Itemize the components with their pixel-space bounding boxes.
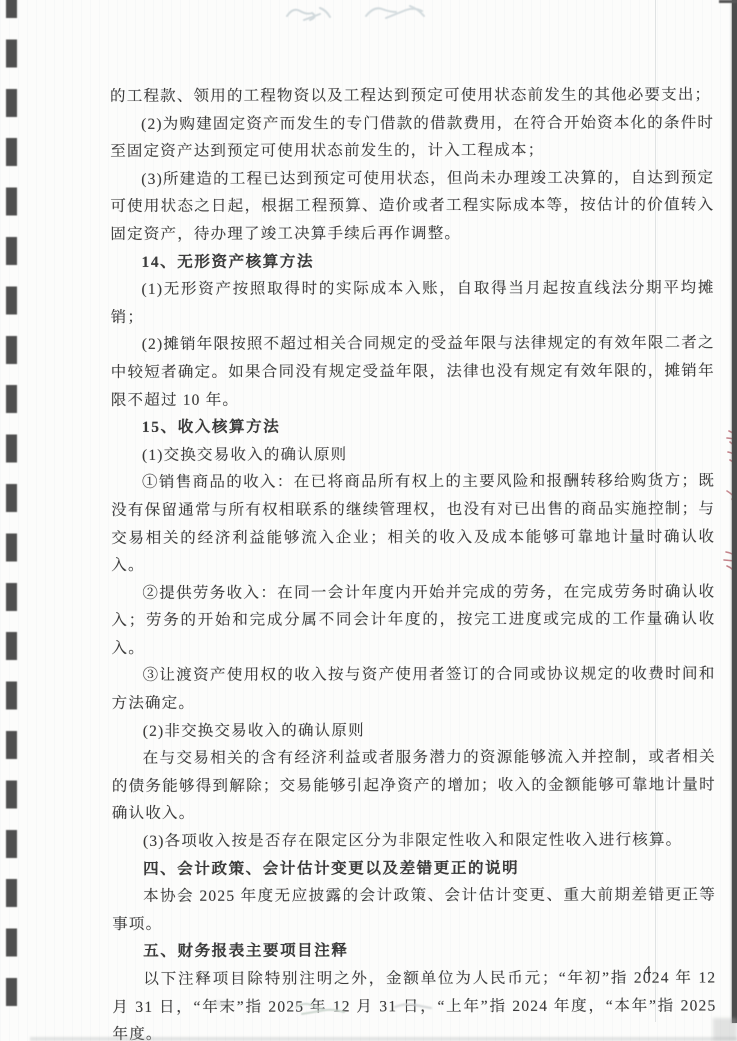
paragraph: (2)非交换交易收入的确认原则 (112, 716, 716, 745)
paragraph: ②提供劳务收入：在同一会计年度内开始并完成的劳务，在完成劳务时确认收入；劳务的开… (111, 578, 715, 662)
bleed-through-scribble-right (362, 0, 430, 24)
bottom-scan-shadow (30, 1037, 737, 1041)
paragraph: (1)交换交易收入的确认原则 (111, 440, 715, 469)
scan-corner-mark (719, 0, 737, 3)
paragraph: (3)各项收入按是否存在限定区分为非限定性收入和限定性收入进行核算。 (112, 826, 716, 855)
paragraph: 以下注释项目除特别注明之外，金额单位为人民币元；“年初”指 2024 年 12 … (112, 964, 716, 1041)
paragraph: ①销售商品的收入：在已将商品所有权上的主要风险和报酬转移给购货方；既没有保留通常… (111, 468, 715, 580)
scanned-document-page: 的工程款、领用的工程物资以及工程达到预定可使用状态前发生的其他必要支出； (2)… (0, 0, 737, 1041)
paragraph: (2)摊销年限按照不超过相关合同规定的受益年限与法律规定的有效年限二者之中较短者… (111, 330, 715, 414)
paragraph: 15、收入核算方法 (111, 413, 715, 442)
paragraph: 在与交易相关的含有经济利益或者服务潜力的资源能够流入并控制，或者相关的债务能够得… (112, 744, 716, 828)
paragraph: 14、无形资产核算方法 (110, 247, 714, 276)
paragraph: 四、会计政策、会计估计变更以及差错更正的说明 (112, 854, 716, 883)
paragraph: (2)为购建固定资产而发生的专门借款的借款费用，在符合开始资本化的条件时至固定资… (110, 109, 714, 166)
paragraph: ③让渡资产使用权的收入按与资产使用者签订的合同或协议规定的收费时间和方法确定。 (112, 661, 716, 718)
scan-edge-line (732, 0, 737, 1023)
bottom-right-scan-shadow (713, 1018, 737, 1041)
paragraph: (1)无形资产按照取得时的实际成本入账，自取得当月起按直线法分期平均摊销； (111, 275, 715, 332)
paragraph: 的工程款、领用的工程物资以及工程达到预定可使用状态前发生的其他必要支出； (110, 81, 714, 110)
binder-hole-marks (6, 0, 17, 1010)
fold-line-artifact (655, 0, 656, 1022)
document-body: 的工程款、领用的工程物资以及工程达到预定可使用状态前发生的其他必要支出； (2)… (110, 81, 717, 1041)
page-number: 4 (644, 964, 651, 980)
paragraph: (3)所建造的工程已达到预定可使用状态，但尚未办理竣工决算的，自达到预定可使用状… (110, 164, 714, 248)
paragraph: 五、财务报表主要项目注释 (112, 937, 716, 966)
paragraph: 本协会 2025 年度无应披露的会计政策、会计估计变更、重大前期差错更正等事项。 (112, 882, 716, 939)
bleed-through-scribble-left (284, 2, 334, 26)
